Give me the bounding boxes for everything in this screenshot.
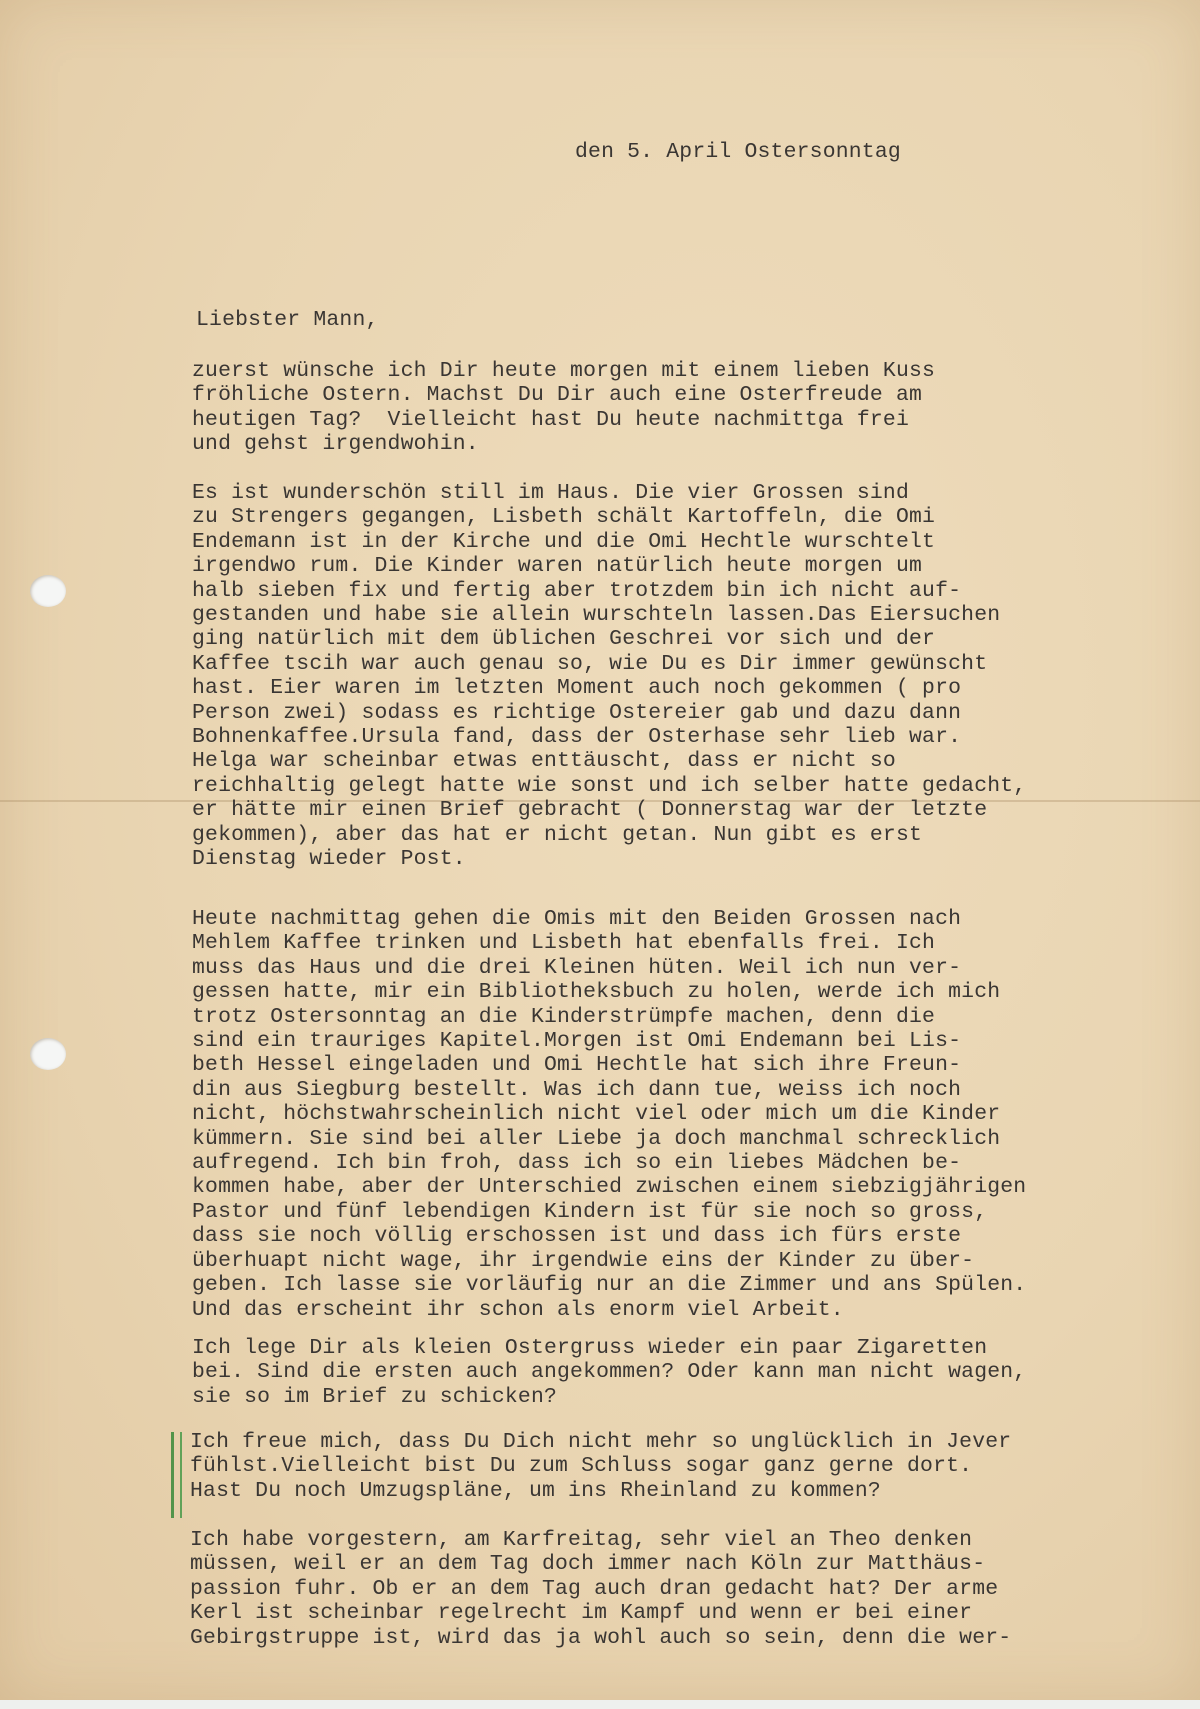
paragraph-6: Ich habe vorgestern, am Karfreitag, sehr… <box>190 1528 1011 1650</box>
text-line: geben. Ich lasse sie vorläufig nur an di… <box>192 1273 1026 1297</box>
text-line: ging natürlich mit dem üblichen Geschrei… <box>192 627 1026 651</box>
punch-hole-bottom <box>30 1038 66 1070</box>
text-line: Es ist wunderschön still im Haus. Die vi… <box>192 481 1026 505</box>
text-line: din aus Siegburg bestellt. Was ich dann … <box>192 1078 1026 1102</box>
text-line: bei. Sind die ersten auch angekommen? Od… <box>192 1360 1026 1384</box>
text-line: Gebirgstruppe ist, wird das ja wohl auch… <box>190 1626 1011 1650</box>
text-line: heutigen Tag? Vielleicht hast Du heute n… <box>192 408 935 432</box>
text-line: fühlst.Vielleicht bist Du zum Schluss so… <box>190 1454 1011 1478</box>
text-line: kommen habe, aber der Unterschied zwisch… <box>192 1175 1026 1199</box>
paragraph-4: Ich lege Dir als kleien Ostergruss wiede… <box>192 1336 1026 1409</box>
text-line: Person zwei) sodass es richtige Ostereie… <box>192 701 1026 725</box>
paragraph-2: Es ist wunderschön still im Haus. Die vi… <box>192 481 1026 872</box>
text-line: Ich lege Dir als kleien Ostergruss wiede… <box>192 1336 1026 1360</box>
text-line: Heute nachmittag gehen die Omis mit den … <box>192 907 1026 931</box>
text-line: muss das Haus und die drei Kleinen hüten… <box>192 956 1026 980</box>
text-line: zu Strengers gegangen, Lisbeth schält Ka… <box>192 505 1026 529</box>
text-line: Helga war scheinbar etwas enttäuscht, da… <box>192 749 1026 773</box>
text-line: zuerst wünsche ich Dir heute morgen mit … <box>192 359 935 383</box>
paragraph-5: Ich freue mich, dass Du Dich nicht mehr … <box>190 1430 1011 1503</box>
text-line: irgendwo rum. Die Kinder waren natürlich… <box>192 554 1026 578</box>
text-line: müssen, weil er an dem Tag doch immer na… <box>190 1552 1011 1576</box>
text-line: überhuapt nicht wage, ihr irgendwie eins… <box>192 1249 1026 1273</box>
text-line: halb sieben fix und fertig aber trotzdem… <box>192 579 1026 603</box>
text-line: nicht, höchstwahrscheinlich nicht viel o… <box>192 1102 1026 1126</box>
letter-date: den 5. April Ostersonntag <box>575 140 901 164</box>
text-line: Kerl ist scheinbar regelrecht im Kampf u… <box>190 1601 1011 1625</box>
text-line: beth Hessel eingeladen und Omi Hechtle h… <box>192 1053 1026 1077</box>
text-line: Bohnenkaffee.Ursula fand, dass der Oster… <box>192 725 1026 749</box>
text-line: reichhaltig gelegt hatte wie sonst und i… <box>192 774 1026 798</box>
text-line: sie so im Brief zu schicken? <box>192 1385 1026 1409</box>
text-line: kümmern. Sie sind bei aller Liebe ja doc… <box>192 1127 1026 1151</box>
text-line: Mehlem Kaffee trinken und Lisbeth hat eb… <box>192 931 1026 955</box>
paragraph-3: Heute nachmittag gehen die Omis mit den … <box>192 907 1026 1322</box>
text-line: hast. Eier waren im letzten Moment auch … <box>192 676 1026 700</box>
text-line: gessen hatte, mir ein Bibliotheksbuch zu… <box>192 980 1026 1004</box>
letter-page: den 5. April Ostersonntag Liebster Mann,… <box>0 0 1200 1700</box>
text-line: aufregend. Ich bin froh, dass ich so ein… <box>192 1151 1026 1175</box>
text-line: und gehst irgendwohin. <box>192 432 935 456</box>
text-line: gekommen), aber das hat er nicht getan. … <box>192 823 1026 847</box>
text-line: sind ein trauriges Kapitel.Morgen ist Om… <box>192 1029 1026 1053</box>
punch-hole-top <box>30 575 66 607</box>
text-line: Pastor und fünf lebendigen Kindern ist f… <box>192 1200 1026 1224</box>
text-line: Ich habe vorgestern, am Karfreitag, sehr… <box>190 1528 1011 1552</box>
text-line: fröhliche Ostern. Machst Du Dir auch ein… <box>192 383 935 407</box>
green-margin-mark <box>171 1432 182 1518</box>
text-line: Endemann ist in der Kirche und die Omi H… <box>192 530 1026 554</box>
text-line: dass sie noch völlig erschossen ist und … <box>192 1224 1026 1248</box>
paragraph-1: zuerst wünsche ich Dir heute morgen mit … <box>192 359 935 457</box>
text-line: Dienstag wieder Post. <box>192 847 1026 871</box>
text-line: gestanden und habe sie allein wurschteln… <box>192 603 1026 627</box>
text-line: trotz Ostersonntag an die Kinderstrümpfe… <box>192 1005 1026 1029</box>
text-line: Hast Du noch Umzugspläne, um ins Rheinla… <box>190 1479 1011 1503</box>
text-line: er hätte mir einen Brief gebracht ( Donn… <box>192 798 1026 822</box>
text-line: passion fuhr. Ob er an dem Tag auch dran… <box>190 1577 1011 1601</box>
page-bottom-edge <box>0 1700 1200 1709</box>
text-line: Und das erscheint ihr schon als enorm vi… <box>192 1298 1026 1322</box>
text-line: Ich freue mich, dass Du Dich nicht mehr … <box>190 1430 1011 1454</box>
letter-salutation: Liebster Mann, <box>196 308 379 332</box>
text-line: Kaffee tscih war auch genau so, wie Du e… <box>192 652 1026 676</box>
